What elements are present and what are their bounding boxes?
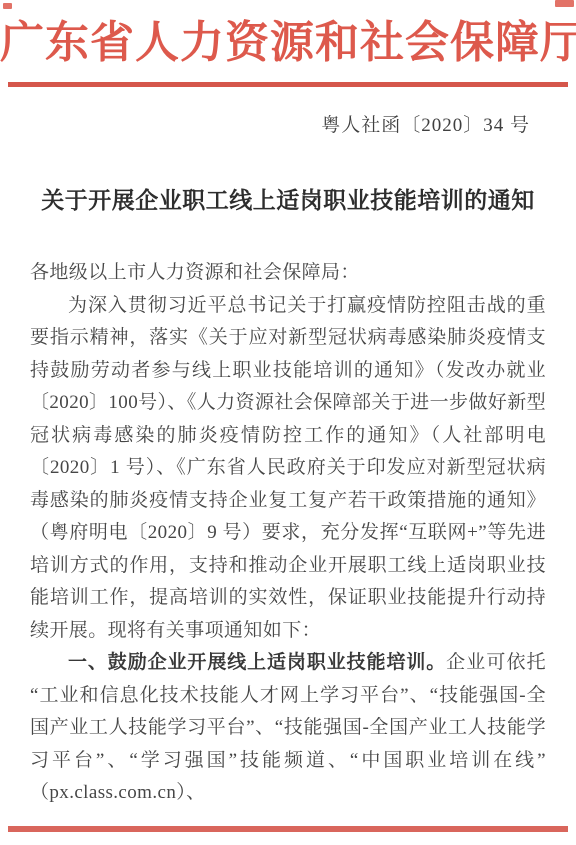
letterhead-divider — [8, 82, 568, 87]
salutation: 各地级以上市人力资源和社会保障局： — [30, 257, 546, 290]
agency-name: 广东省人力资源和社会保障厅 — [0, 13, 576, 73]
paragraph-2-text: 企业可依托“工业和信息化技术技能人才网上学习平台”、“技能强国-全国产业工人技能… — [30, 652, 546, 803]
page-footer-divider — [8, 826, 568, 832]
document-body: 关于开展企业职工线上适岗职业技能培训的通知 各地级以上市人力资源和社会保障局： … — [0, 182, 576, 810]
scan-artifact-top-left — [3, 3, 12, 9]
document-number: 粤人社函〔2020〕34 号 — [0, 110, 576, 137]
paragraph-2: 一、鼓励企业开展线上适岗职业技能培训。企业可依托“工业和信息化技术技能人才网上学… — [30, 647, 546, 810]
document-title: 关于开展企业职工线上适岗职业技能培训的通知 — [0, 182, 576, 215]
paragraph-1-text: 为深入贯彻习近平总书记关于打赢疫情防控阻击战的重要指示精神，落实《关于应对新型冠… — [30, 295, 546, 641]
letterhead: 广东省人力资源和社会保障厅 粤人社函〔2020〕34 号 — [0, 13, 576, 137]
document-page: 广东省人力资源和社会保障厅 粤人社函〔2020〕34 号 关于开展企业职工线上适… — [0, 0, 576, 845]
paragraph-1: 为深入贯彻习近平总书记关于打赢疫情防控阻击战的重要指示精神，落实《关于应对新型冠… — [30, 290, 546, 648]
body-text-block: 各地级以上市人力资源和社会保障局： 为深入贯彻习近平总书记关于打赢疫情防控阻击战… — [30, 257, 546, 810]
paragraph-2-lead: 一、鼓励企业开展线上适岗职业技能培训。 — [68, 652, 446, 673]
scan-artifact-top-right — [555, 0, 574, 7]
